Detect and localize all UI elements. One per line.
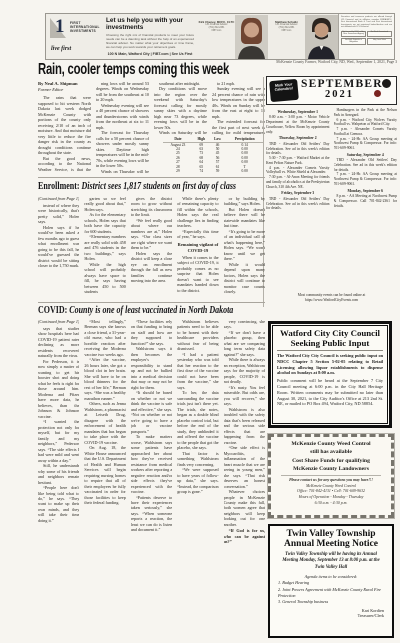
text-column: (Continued from Page 1)says that studies…	[38, 319, 79, 638]
table-row: 2974590.00	[163, 169, 264, 173]
body-paragraph: “Patients deserve to have their experien…	[131, 495, 172, 533]
enrollment-article-columns: (Continued from Page 1)instead of where …	[38, 196, 265, 299]
body-paragraph: “After the vaccine, 26 hours later, she …	[84, 357, 125, 401]
township-ad-title-line2: Annual Meeting Notice	[276, 540, 386, 550]
calendar-footer-url: https://www.WatfordCityEvents.com	[266, 298, 397, 303]
calendar-title: SEPTEMBER 2021	[301, 79, 378, 100]
body-paragraph: While it would depend upon many factors,…	[224, 262, 265, 295]
text-line: McKenzie County Landowners	[275, 465, 387, 473]
body-paragraph: Farmer Editor	[38, 87, 91, 93]
red-dot-icon	[374, 90, 381, 97]
brand-name: FIRSTINTERNATIONALINVESTMENTS	[70, 22, 100, 34]
township-agenda-label: Agenda items to be considered:	[276, 574, 386, 579]
body-paragraph: (Continued from Page 1)	[38, 319, 79, 324]
enrollment-headline-rest: District sees 1,817 students on first da…	[80, 181, 237, 192]
text-column: (Continued from Page 1)instead of where …	[38, 196, 79, 299]
bank-logo: 1 FIRSTINTERNATIONALINVESTMENTS live fir…	[46, 14, 102, 59]
body-paragraph: Wahlstrom is also troubled with the safe…	[224, 407, 265, 445]
body-paragraph: 7:30 p.m. - Al-Anon Meeting for friends …	[266, 175, 330, 189]
weed-ad-contact: Please contact us for any questions you …	[275, 478, 387, 506]
body-paragraph: 5:30 - 7:30 p.m. - Watford Market at the…	[266, 156, 330, 166]
text-column: “Most tellingly,” Berman says she knows …	[84, 319, 125, 638]
body-paragraph: On Aug. 18, the White House announced th…	[84, 445, 125, 505]
body-paragraph: Hamburgers in the Park at the Nelson Par…	[334, 108, 398, 118]
body-paragraph: Wahlstrom believes patients need to be a…	[177, 319, 218, 352]
calendar-day-heading: Saturday, September 4	[334, 153, 398, 158]
township-ad-title: Twin Valley Township Annual Meeting Noti…	[276, 530, 386, 550]
newspaper-page: 1 FIRSTINTERNATIONALINVESTMENTS live fir…	[0, 0, 400, 643]
text-column: ning lows will be around 53 degrees. Win…	[96, 81, 149, 173]
covid-kicker: COVID:	[38, 305, 67, 316]
section-rule	[38, 302, 265, 303]
body-paragraph: 4 p.m. - Alexander Comets Varsity Volley…	[266, 166, 330, 176]
text-line: McKenzie County Weed Control	[275, 440, 387, 448]
council-ad-details: Public comment will be heard at the Sept…	[277, 378, 383, 407]
table-cell: 59	[210, 169, 226, 173]
body-paragraph: “It's nasty. You feel miserable. But odd…	[224, 385, 265, 407]
bank-banner-ad: 1 FIRSTINTERNATIONALINVESTMENTS live fir…	[45, 13, 395, 60]
body-paragraph: gives the district room to grow without …	[131, 196, 172, 218]
calendar-footer: Most community events can be found onlin…	[266, 293, 397, 302]
council-ad-lead: The Watford City City Council is seeking…	[277, 353, 383, 376]
disclaimer-boxes: Not Insured by FDIC or Any Other Governm…	[341, 31, 392, 46]
calendar-events: Wednesday, September 18:00 a.m. - 3:00 p…	[266, 105, 397, 291]
weather-table-body: August 2369460.142463500.002573450.00266…	[163, 142, 264, 174]
disclaimer-text: Securities and insurance products are of…	[341, 16, 392, 29]
text-line: 2. Joint Powers Agreement with McKenzie …	[276, 587, 386, 600]
body-paragraph: Others, such as Jenna Wahlstrom, a pharm…	[84, 401, 125, 445]
body-paragraph: instead of where they were historically,…	[38, 203, 79, 225]
body-paragraph: TBD - Alexander Old Settlers' Day Celebr…	[266, 197, 330, 211]
text-column: Wednesday, September 18:00 a.m. - 3:00 p…	[266, 108, 330, 291]
advisor-2-contact: LPL Financial Advisor(701) 842-2381FIBT.…	[268, 24, 305, 33]
body-paragraph: 7 p.m. - Alexander Comets Varsity Footba…	[334, 127, 398, 137]
body-paragraph: That factor is something Wahlstrom finds…	[177, 451, 218, 467]
body-paragraph: “If God is for us, who can be against us…	[224, 528, 265, 544]
body-paragraph: Dry conditions will move into the region…	[154, 86, 207, 130]
text-column: By Neal A. ShipmanFarmer EditorThe rains…	[38, 81, 91, 173]
covid-article-columns: (Continued from Page 1)says that studies…	[38, 319, 265, 638]
text-line: FIBT.com	[268, 30, 305, 33]
text-line: Not Insured by FDIC or Any Other Governm…	[341, 31, 366, 38]
body-paragraph: To make matters worse, Wahlstrom says so…	[131, 434, 172, 494]
text-line: Not Bank Guaranteed	[367, 31, 392, 38]
township-signature: Kari Kordien Treasurer/Clerk	[276, 608, 386, 619]
covid-headline: COVID: County is one of least vaccinated…	[38, 305, 233, 316]
body-paragraph: 7 p.m. - 24-Hr. AA Group meeting at Nort…	[334, 172, 398, 186]
weed-ad-title: McKenzie County Weed Controlstill has av…	[275, 440, 387, 473]
township-ad-intro: Twin Valley Township will be having its …	[277, 552, 385, 571]
text-column: Wahlstrom believes patients need to be a…	[177, 319, 218, 638]
body-paragraph: “I had a patient yesterday who was told …	[177, 352, 218, 390]
body-paragraph: Sunday evening will see a 24 percent cha…	[212, 86, 265, 119]
text-line: 3. General Township business	[276, 599, 386, 605]
community-calendar: Mark YourCalendars! SEPTEMBER 2021 Wedne…	[266, 76, 397, 302]
body-paragraph: Winds on Thursday will be from the north…	[96, 169, 149, 173]
body-paragraph: Whatever choices people in McKenzie Coun…	[224, 489, 265, 527]
banner-copy: Let us help you with your investments Ch…	[102, 14, 198, 59]
article-subhead: Remaining vigilant of COVID-19	[177, 242, 218, 254]
text-line: still has available	[275, 448, 387, 456]
body-paragraph: “Elementary numbers are really solid wit…	[84, 234, 125, 261]
table-cell: 0.00	[225, 169, 264, 173]
brand-tagline: live first	[51, 46, 71, 52]
securities-disclaimer: Securities and insurance products are of…	[338, 14, 394, 59]
mark-your-calendars-logo: Mark YourCalendars!	[269, 79, 299, 102]
text-line: Calendars!	[270, 86, 298, 93]
body-paragraph: Winds on Saturday will be from the north…	[154, 130, 207, 136]
body-paragraph: “It should be based on whether or not we…	[131, 390, 172, 434]
table-cell: 29	[163, 169, 193, 173]
body-paragraph: To her, the data surrounding the vaccine…	[177, 390, 218, 450]
body-paragraph: When it comes to the subject of COVID-19…	[177, 255, 218, 293]
body-paragraph: “It's going to be more of an individual …	[224, 229, 265, 262]
body-paragraph: “We feel really good about where our num…	[131, 218, 172, 251]
text-column: very convincing, she says.“If we don't h…	[224, 319, 265, 638]
advisor-2-photo	[305, 15, 338, 59]
text-line: Not Bank Deposits or Obligations	[341, 38, 366, 45]
advisor-1-info: Kirk Cheney, MCFC, CLTC LPL Financial Ad…	[198, 14, 235, 59]
township-signature-title: Treasurer/Clerk	[276, 613, 384, 618]
body-paragraph: (Continued from Page 1)	[38, 196, 79, 201]
body-paragraph: The forecast for Thursday calls for a 50…	[96, 130, 149, 168]
text-column: garten so we feel really good about that…	[84, 196, 125, 299]
body-paragraph: Still, he understands why some of his fr…	[38, 463, 79, 485]
body-paragraph: Wahlstrom says it then becomes the emplo…	[131, 346, 172, 390]
body-paragraph: “Especially this time of year,” he says.	[177, 229, 218, 240]
body-paragraph: 8 p.m. - AA Meeting at Northwest Pump & …	[334, 194, 398, 208]
body-paragraph: “We were supposed to have years of follo…	[177, 467, 218, 494]
council-ad-title-line2: Seeking Public Input	[277, 339, 383, 349]
text-column: While there's plenty of remaining capaci…	[177, 196, 218, 299]
advisor-2-info: Matthew Schultz LPL Financial Advisor(70…	[268, 14, 305, 59]
calendar-header: Mark YourCalendars! SEPTEMBER 2021	[266, 76, 397, 105]
body-paragraph: “People here don't like being told what …	[38, 485, 79, 523]
body-paragraph: Holen says if he would've been asked a f…	[38, 225, 79, 269]
enrollment-kicker: Enrollment:	[38, 181, 80, 192]
text-line: 6:30 a.m. - 4:30 p.m.	[275, 501, 387, 507]
text-column: “These facilities rely on that funding t…	[131, 319, 172, 638]
text-column: or by building by building,” says Holen.…	[224, 196, 265, 299]
weed-ad-divider	[281, 475, 381, 476]
body-paragraph: Holen says the district will keep a clos…	[131, 251, 172, 284]
body-paragraph: The rains that were supposed to hit west…	[38, 95, 91, 155]
text-line: INVESTMENTS	[70, 30, 100, 34]
body-paragraph: “These facilities rely on that funding t…	[131, 319, 172, 346]
body-paragraph: 8:00 a.m. - 3:00 p.m. - Motor Vehicle De…	[266, 115, 330, 134]
masthead-line: McKenzie County Farmer, Watford City, ND…	[276, 60, 397, 64]
body-paragraph: TBD - Alexander Old Settlers' Day Celebr…	[334, 158, 398, 172]
banner-address: 100 N Main, Watford City | FIBT.com | Se…	[106, 52, 194, 56]
text-column: Hamburgers in the Park at the Nelson Par…	[334, 108, 398, 291]
text-line: FIBT.com	[198, 30, 235, 33]
council-ad-title: Watford City City Council Seeking Public…	[277, 329, 383, 351]
banner-body-text: Choosing the right mix of financial prod…	[106, 33, 194, 49]
body-paragraph: Wednesday evening will see a 40 percent …	[96, 103, 149, 130]
calendar-day-heading: Friday, September 3	[266, 191, 330, 196]
body-paragraph: ning lows will be around 53 degrees. Win…	[96, 81, 149, 103]
text-line: May Lose Value	[367, 38, 392, 45]
text-column: southeast after midnight.Dry conditions …	[154, 81, 207, 136]
body-paragraph: For Pederson, it is now simply a matter …	[38, 359, 79, 419]
body-paragraph: 7 p.m. - 24-Hr. AA Group meeting at Nort…	[334, 137, 398, 151]
body-paragraph: As for the elementary schools, Holen say…	[84, 212, 125, 234]
calendar-day-heading: Thursday, September 2	[266, 136, 330, 141]
black-dot-icon	[382, 79, 391, 88]
body-paragraph: “Most tellingly,” Berman says she knows …	[84, 319, 125, 357]
body-paragraph: While the high school will probably alwa…	[84, 262, 125, 295]
body-paragraph: But Holen doesn't believe there will be …	[224, 207, 265, 229]
body-paragraph: very convincing, she says.	[224, 319, 265, 330]
text-line: Cost Share Funds for qualifying	[275, 457, 387, 465]
body-paragraph: says that studies show hospitals here ha…	[38, 326, 79, 359]
advisor-1-contact: LPL Financial Advisor(701) 842-2381FIBT.…	[198, 24, 235, 33]
body-paragraph: While there's plenty of remaining capaci…	[177, 196, 218, 229]
text-column: gives the district room to grow without …	[131, 196, 172, 299]
calendar-day-heading: Wednesday, September 1	[266, 110, 330, 115]
covid-headline-rest: County is one of least vaccinated in Nor…	[67, 305, 233, 316]
calendar-year: 2021	[301, 90, 378, 100]
body-paragraph: TBD - Alexander Old Settlers' Day Celebr…	[266, 142, 330, 156]
body-paragraph: “If we don't have a placebo group, then …	[224, 330, 265, 357]
enrollment-headline: Enrollment: District sees 1,817 students…	[38, 181, 236, 192]
body-paragraph: 6 p.m. - Watford City Wolves Varsity Foo…	[334, 118, 398, 128]
logo-numeral: 1	[55, 16, 65, 38]
text-line: Please contact us for any questions you …	[275, 478, 387, 484]
township-meeting-ad: Twin Valley Township Annual Meeting Noti…	[268, 524, 394, 638]
body-paragraph: “One side effect is Myocarditis, inflamm…	[224, 445, 265, 489]
weather-table: DateHighLowPrecipitation August 2369460.…	[163, 137, 264, 174]
advisor-1-photo	[235, 15, 268, 59]
section-rule	[38, 177, 265, 178]
main-headline: Rain, cooler temps coming this week	[38, 61, 229, 79]
body-paragraph: “I wanted the protection not only for my…	[38, 419, 79, 463]
calendar-day-heading: Monday, September 6	[334, 189, 398, 194]
body-paragraph: But the good news, according to the Nati…	[38, 156, 91, 173]
table-cell: 74	[193, 169, 210, 173]
weed-control-ad: McKenzie County Weed Controlstill has av…	[268, 434, 394, 518]
body-paragraph: or by building by building,” says Holen.	[224, 196, 265, 207]
text-column: to 21 mph.Sunday evening will see a 24 p…	[212, 81, 265, 136]
city-council-notice-ad: Watford City City Council Seeking Public…	[268, 321, 392, 428]
banner-headline: Let us help you with your investments	[106, 17, 194, 31]
township-agenda-items: 1. Budget Hearing2. Joint Powers Agreeme…	[276, 580, 386, 605]
body-paragraph: The extended forecast for the first part…	[212, 119, 265, 136]
body-paragraph: While there is always an exception, Wahl…	[224, 357, 265, 384]
body-paragraph: garten so we feel really good about that…	[84, 196, 125, 212]
